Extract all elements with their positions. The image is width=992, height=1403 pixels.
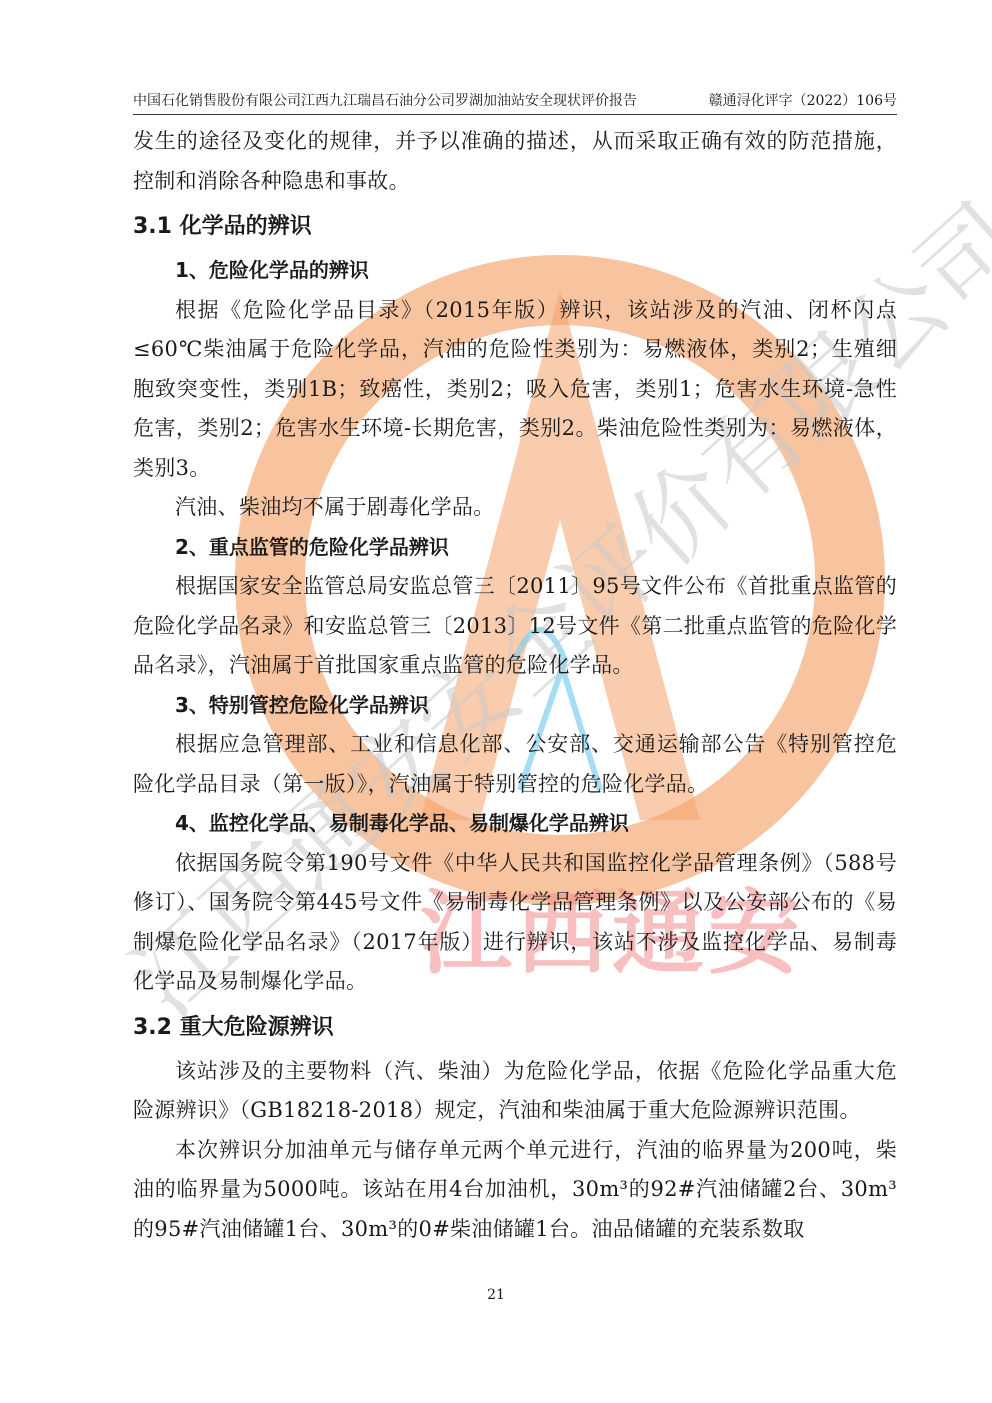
paragraph: 汽油、柴油均不属于剧毒化学品。 <box>133 488 897 528</box>
section-heading-3-2: 3.2 重大危险源辨识 <box>133 1008 897 1048</box>
document-page: 中国石化销售股份有限公司江西九江瑞昌石油分公司罗湖加油站安全现状评价报告 赣通浔… <box>0 0 992 1403</box>
header-doc-number: 赣通浔化评字（2022）106号 <box>709 90 897 110</box>
paragraph: 根据《危险化学品目录》（2015年版）辨识，该站涉及的汽油、闭杯闪点≤60℃柴油… <box>133 291 897 489</box>
page-number: 21 <box>0 1287 992 1303</box>
paragraph: 依据国务院令第190号文件《中华人民共和国监控化学品管理条例》（588号修订）、… <box>133 844 897 1002</box>
header-title: 中国石化销售股份有限公司江西九江瑞昌石油分公司罗湖加油站安全现状评价报告 <box>133 90 637 110</box>
subsection-heading-2: 2、重点监管的危险化学品辨识 <box>133 528 897 568</box>
page-header: 中国石化销售股份有限公司江西九江瑞昌石油分公司罗湖加油站安全现状评价报告 赣通浔… <box>133 86 897 115</box>
document-body: 发生的途径及变化的规律，并予以准确的描述，从而采取正确有效的防范措施，控制和消除… <box>133 122 897 1249</box>
intro-paragraph: 发生的途径及变化的规律，并予以准确的描述，从而采取正确有效的防范措施，控制和消除… <box>133 122 897 201</box>
subsection-heading-1: 1、危险化学品的辨识 <box>133 251 897 291</box>
paragraph: 根据国家安全监管总局安监总管三〔2011〕95号文件公布《首批重点监管的危险化学… <box>133 567 897 686</box>
section-heading-3-1: 3.1 化学品的辨识 <box>133 207 897 247</box>
paragraph: 根据应急管理部、工业和信息化部、公安部、交通运输部公告《特别管控危险化学品目录（… <box>133 725 897 804</box>
paragraph: 该站涉及的主要物料（汽、柴油）为危险化学品，依据《危险化学品重大危险源辨识》（G… <box>133 1052 897 1131</box>
subsection-heading-4: 4、监控化学品、易制毒化学品、易制爆化学品辨识 <box>133 804 897 844</box>
paragraph: 本次辨识分加油单元与储存单元两个单元进行，汽油的临界量为200吨，柴油的临界量为… <box>133 1131 897 1250</box>
subsection-heading-3: 3、特别管控危险化学品辨识 <box>133 686 897 726</box>
